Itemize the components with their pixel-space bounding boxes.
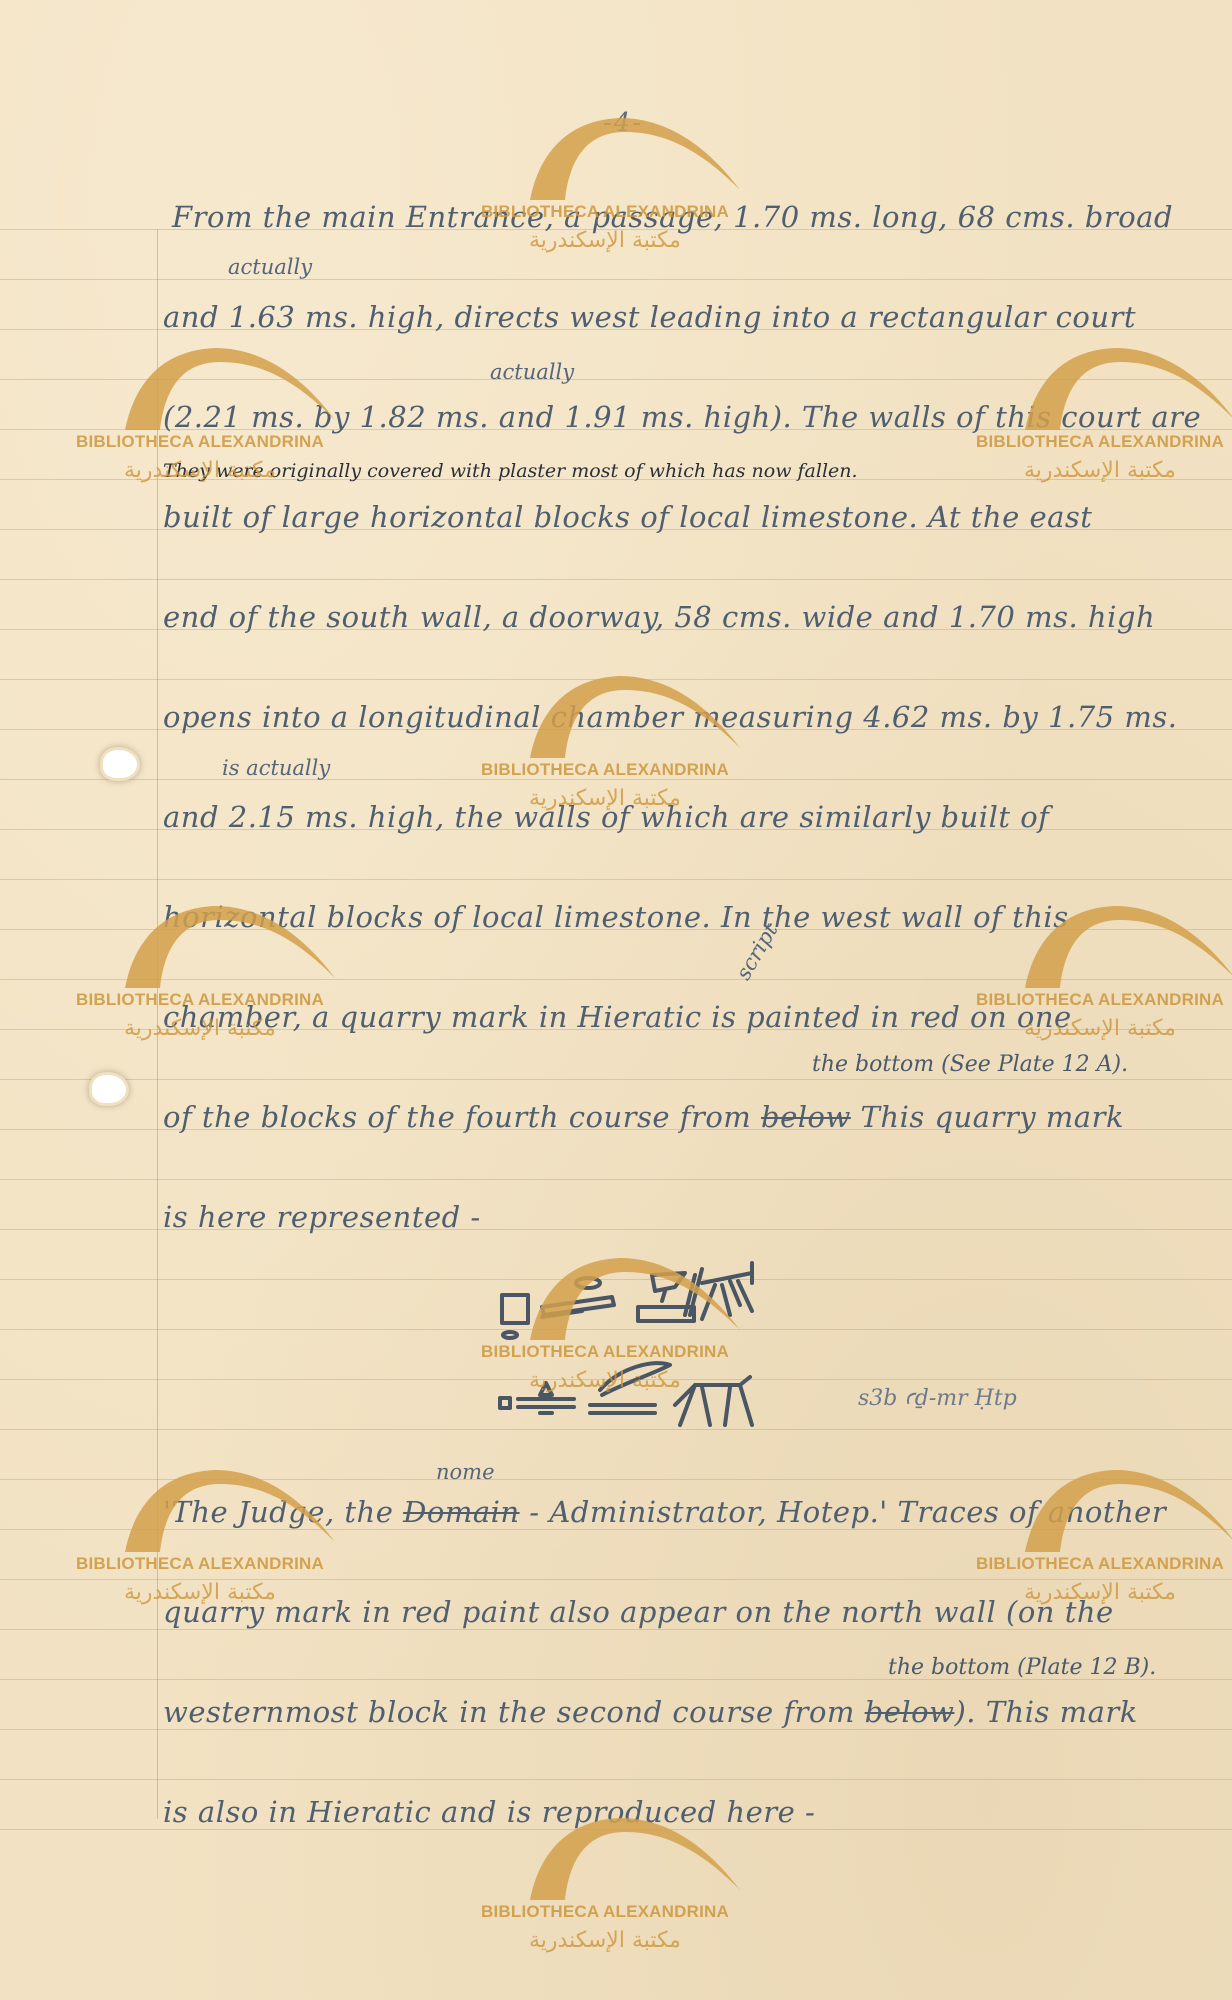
watermark-english: BIBLIOTHECA ALEXANDRINA — [935, 1554, 1232, 1574]
ruled-line — [0, 879, 1232, 880]
ruled-line — [0, 1079, 1232, 1080]
insertion: actually — [228, 255, 312, 279]
text-segment: This quarry mark — [851, 1100, 1124, 1134]
struck-word: Domain — [403, 1495, 519, 1529]
ruled-line — [0, 379, 1232, 380]
struck-word: below — [761, 1100, 851, 1134]
text-line: 'The Judge, the Domain - Administrator, … — [163, 1495, 1166, 1529]
text-segment: westernmost block in the second course f… — [163, 1695, 865, 1729]
text-line: and 1.63 ms. high, directs west leading … — [163, 300, 1136, 334]
ruled-line — [0, 979, 1232, 980]
ruled-line — [0, 279, 1232, 280]
struck-word: below — [865, 1695, 955, 1729]
ruled-line — [0, 1629, 1232, 1630]
insertion: They were originally covered with plaste… — [163, 460, 858, 482]
text-line: westernmost block in the second course f… — [163, 1695, 1138, 1729]
text-segment: of the blocks of the fourth course from — [163, 1100, 761, 1134]
text-line: end of the south wall, a doorway, 58 cms… — [163, 600, 1155, 634]
margin-line — [157, 229, 158, 1819]
insertion: the bottom (Plate 12 B). — [888, 1655, 1156, 1680]
ruled-line — [0, 579, 1232, 580]
text-line: chamber, a quarry mark in Hieratic is pa… — [163, 1000, 1072, 1034]
watermark-english: BIBLIOTHECA ALEXANDRINA — [440, 760, 770, 780]
text-line: (2.21 ms. by 1.82 ms. and 1.91 ms. high)… — [163, 400, 1201, 434]
watermark-arabic: مكتبة الإسكندرية — [440, 1928, 770, 1953]
text-line: of the blocks of the fourth course from … — [163, 1100, 1124, 1134]
ruled-line — [0, 1829, 1232, 1830]
ruled-line — [0, 1779, 1232, 1780]
punch-hole — [103, 750, 137, 778]
insertion: is actually — [222, 756, 330, 780]
insertion: actually — [490, 360, 574, 384]
page-number: -4- — [603, 108, 643, 138]
transliteration: s3b ꜥḏ-mr Ḥtp — [858, 1386, 1017, 1411]
ruled-line — [0, 679, 1232, 680]
text-line: horizontal blocks of local limestone. In… — [163, 900, 1069, 934]
watermark: BIBLIOTHECA ALEXANDRINA مكتبة الإسكندرية — [440, 1810, 770, 1980]
watermark-english: BIBLIOTHECA ALEXANDRINA — [35, 432, 365, 452]
watermark-english: BIBLIOTHECA ALEXANDRINA — [440, 1902, 770, 1922]
text-segment: - Administrator, Hotep.' Traces of anoth… — [520, 1495, 1167, 1529]
ruled-line — [0, 1529, 1232, 1530]
insertion: nome — [436, 1460, 495, 1484]
ruled-line — [0, 1179, 1232, 1180]
text-line: and 2.15 ms. high, the walls of which ar… — [163, 800, 1049, 834]
text-line: From the main Entrance, a passage, 1.70 … — [172, 200, 1173, 234]
text-line: opens into a longitudinal chamber measur… — [163, 700, 1177, 734]
text-segment: 'The Judge, the — [163, 1495, 403, 1529]
ruled-line — [0, 1729, 1232, 1730]
ruled-line — [0, 1579, 1232, 1580]
watermark-english: BIBLIOTHECA ALEXANDRINA — [935, 432, 1232, 452]
text-line: quarry mark in red paint also appear on … — [163, 1595, 1114, 1629]
ruled-line — [0, 779, 1232, 780]
text-line: is also in Hieratic and is reproduced he… — [163, 1795, 815, 1829]
text-line: built of large horizontal blocks of loca… — [163, 500, 1092, 534]
ruled-line — [0, 1479, 1232, 1480]
manuscript-page: -4- From the main Entrance, a passage, 1… — [0, 0, 1232, 2000]
watermark-english: BIBLIOTHECA ALEXANDRINA — [35, 1554, 365, 1574]
punch-hole — [92, 1075, 126, 1103]
text-line: is here represented - — [163, 1200, 481, 1234]
insertion: the bottom (See Plate 12 A). — [812, 1052, 1128, 1077]
hieroglyph-drawing — [490, 1255, 790, 1440]
text-segment: ). This mark — [954, 1695, 1137, 1729]
